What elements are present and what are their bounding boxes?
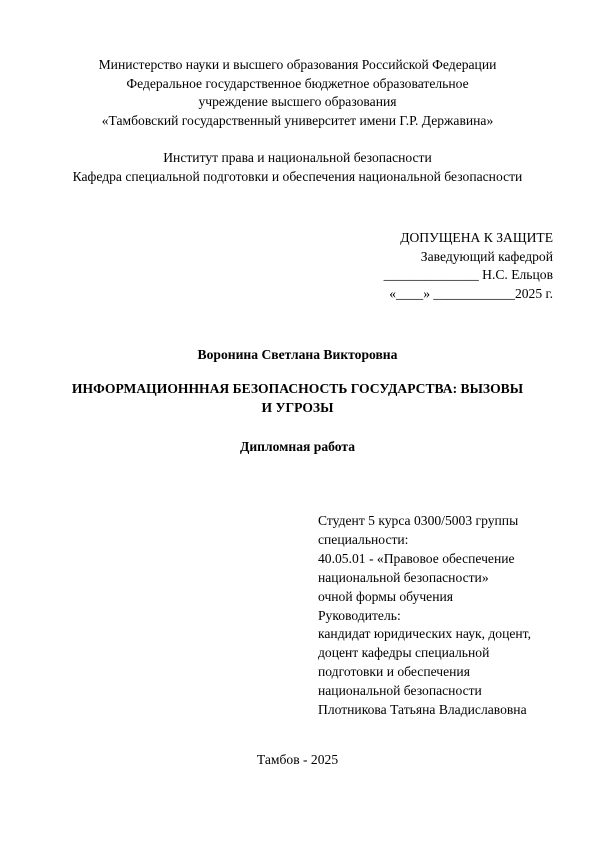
institution-type-line: Федеральное государственное бюджетное об… bbox=[0, 75, 595, 94]
supervisor-label: Руководитель: bbox=[318, 607, 531, 626]
approval-block: ДОПУЩЕНА К ЗАЩИТЕ Заведующий кафедрой __… bbox=[384, 229, 553, 303]
supervisor-name: Плотникова Татьяна Владиславовна bbox=[318, 701, 531, 720]
student-course-group: Студент 5 курса 0300/5003 группы bbox=[318, 512, 531, 531]
student-study-form: очной формы обучения bbox=[318, 588, 531, 607]
ministry-header: Министерство науки и высшего образования… bbox=[0, 56, 595, 130]
approval-title: ДОПУЩЕНА К ЗАЩИТЕ bbox=[384, 229, 553, 248]
thesis-title-line-2: И УГРОЗЫ bbox=[0, 399, 595, 418]
supervisor-position-1: доцент кафедры специальной bbox=[318, 644, 531, 663]
approval-date-line: «____» ____________2025 г. bbox=[384, 285, 553, 304]
institution-level-line: учреждение высшего образования bbox=[0, 93, 595, 112]
city-year-text: Тамбов - 2025 bbox=[0, 751, 595, 770]
supervisor-position-2: подготовки и обеспечения bbox=[318, 663, 531, 682]
ministry-line: Министерство науки и высшего образования… bbox=[0, 56, 595, 75]
approval-position: Заведующий кафедрой bbox=[384, 248, 553, 267]
author-name: Воронина Светлана Викторовна bbox=[0, 346, 595, 365]
university-name: «Тамбовский государственный университет … bbox=[0, 112, 595, 131]
institute-block: Институт права и национальной безопаснос… bbox=[0, 149, 595, 186]
institute-name: Институт права и национальной безопаснос… bbox=[0, 149, 595, 168]
department-name: Кафедра специальной подготовки и обеспеч… bbox=[0, 168, 595, 187]
supervisor-position-3: национальной безопасности bbox=[318, 682, 531, 701]
author-name-text: Воронина Светлана Викторовна bbox=[0, 346, 595, 365]
supervisor-degree: кандидат юридических наук, доцент, bbox=[318, 625, 531, 644]
student-specialty-code: 40.05.01 - «Правовое обеспечение bbox=[318, 550, 531, 569]
work-type-text: Дипломная работа bbox=[0, 438, 595, 457]
student-specialty-label: специальности: bbox=[318, 531, 531, 550]
student-specialty-name: национальной безопасности» bbox=[318, 569, 531, 588]
city-year: Тамбов - 2025 bbox=[0, 751, 595, 770]
work-type: Дипломная работа bbox=[0, 438, 595, 457]
approval-signature-line: ______________ Н.С. Ельцов bbox=[384, 266, 553, 285]
thesis-title: ИНФОРМАЦИОНННАЯ БЕЗОПАСНОСТЬ ГОСУДАРСТВА… bbox=[0, 380, 595, 417]
document-page: Министерство науки и высшего образования… bbox=[0, 0, 595, 841]
student-info-block: Студент 5 курса 0300/5003 группы специал… bbox=[318, 512, 531, 720]
thesis-title-line-1: ИНФОРМАЦИОНННАЯ БЕЗОПАСНОСТЬ ГОСУДАРСТВА… bbox=[0, 380, 595, 399]
